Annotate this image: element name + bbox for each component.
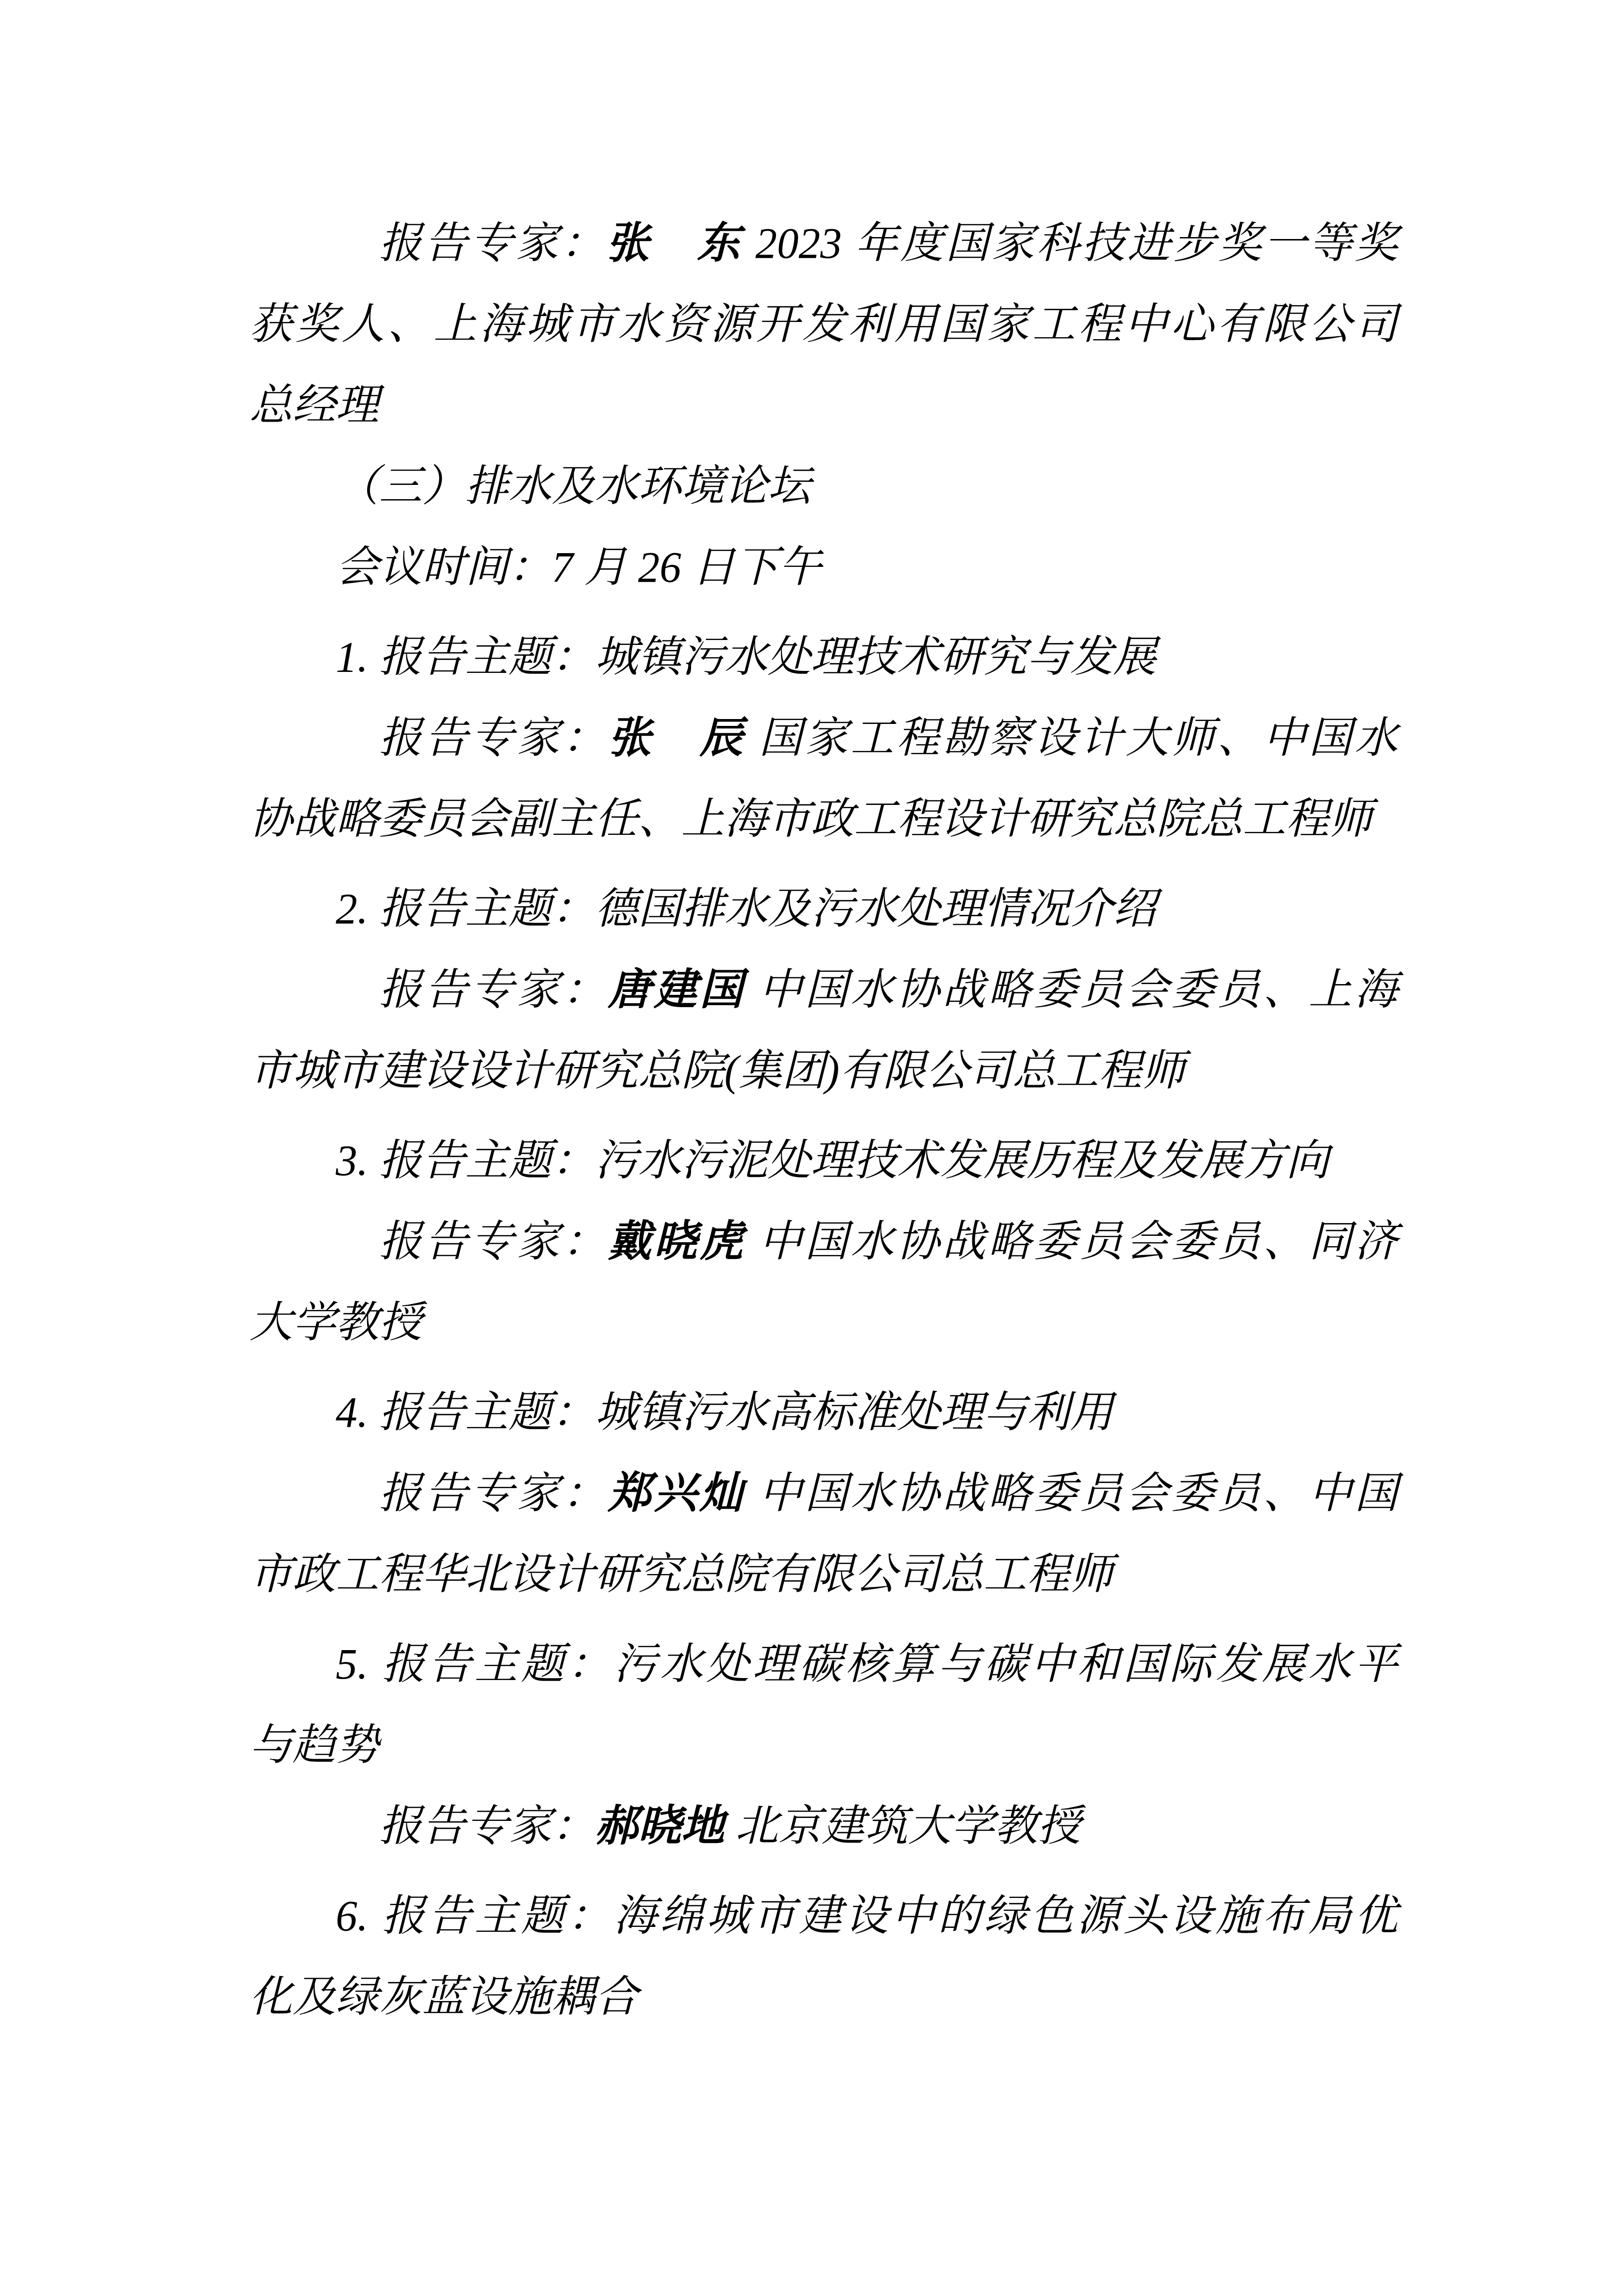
speaker-line: 报告专家：张 辰 国家工程勘察设计大师、中国水 <box>249 698 1398 779</box>
topic-line: 1. 报告主题：城镇污水处理技术研究与发展 <box>249 617 1398 698</box>
document-body: 报告专家：张 东 2023 年度国家科技进步奖一等奖获奖人、上海城市水资源开发利… <box>249 203 1398 2038</box>
topic-line: 4. 报告主题：城镇污水高标准处理与利用 <box>249 1372 1398 1453</box>
topic-line: 5. 报告主题：污水处理碳核算与碳中和国际发展水平 <box>249 1624 1398 1705</box>
text-run: 中国水协战略委员会委员、同济 <box>745 1218 1398 1266</box>
text-run: 会议时间：7 月 26 日下午 <box>336 544 822 591</box>
speaker-name: 张 东 <box>606 220 743 267</box>
text-run: 中国水协战略委员会委员、中国 <box>745 1470 1398 1518</box>
text-run: 报告专家： <box>379 715 608 762</box>
continuation-line: 市政工程华北设计研究总院有限公司总工程师 <box>249 1534 1398 1615</box>
speaker-name: 张 辰 <box>608 715 745 762</box>
continuation-line: 获奖人、上海城市水资源开发利用国家工程中心有限公司 <box>249 284 1398 365</box>
text-run: 化及绿灰蓝设施耦合 <box>249 1974 638 2021</box>
text-run: 大学教授 <box>249 1299 422 1347</box>
topic-line: 3. 报告主题：污水污泥处理技术发展历程及发展方向 <box>249 1121 1398 1201</box>
speaker-name: 郝晓地 <box>595 1803 724 1850</box>
text-run: 报告专家： <box>379 966 608 1014</box>
text-run: 市城市建设设计研究总院(集团)有限公司总工程师 <box>249 1047 1185 1095</box>
speaker-name: 郑兴灿 <box>608 1470 745 1518</box>
continuation-line: 与趋势 <box>249 1705 1398 1786</box>
text-run: 报告专家： <box>379 1470 608 1518</box>
text-run: 5. 报告主题：污水处理碳核算与碳中和国际发展水平 <box>336 1641 1398 1688</box>
text-run: 北京建筑大学教授 <box>724 1803 1081 1850</box>
speaker-name: 戴晓虎 <box>608 1218 745 1266</box>
speaker-line: 报告专家：戴晓虎 中国水协战略委员会委员、同济 <box>249 1201 1398 1282</box>
text-run: 协战略委员会副主任、上海市政工程设计研究总院总工程师 <box>249 796 1372 843</box>
text-run: 国家工程勘察设计大师、中国水 <box>745 715 1398 762</box>
continuation-line: 总经理 <box>249 365 1398 446</box>
text-run: 1. 报告主题：城镇污水处理技术研究与发展 <box>336 634 1156 681</box>
text-run: 市政工程华北设计研究总院有限公司总工程师 <box>249 1551 1113 1599</box>
continuation-line: 大学教授 <box>249 1282 1398 1363</box>
text-run: 4. 报告主题：城镇污水高标准处理与利用 <box>336 1389 1113 1437</box>
section-heading: （三）排水及水环境论坛 <box>249 446 1398 527</box>
text-run: 获奖人、上海城市水资源开发利用国家工程中心有限公司 <box>249 301 1398 348</box>
text-run: 2023 年度国家科技进步奖一等奖 <box>743 220 1398 267</box>
text-run: （三）排水及水环境论坛 <box>336 463 811 510</box>
text-run: 报告专家： <box>379 220 606 267</box>
text-run: 6. 报告主题：海绵城市建设中的绿色源头设施布局优 <box>336 1893 1398 1940</box>
speaker-line: 报告专家：唐建国 中国水协战略委员会委员、上海 <box>249 950 1398 1031</box>
speaker-name: 唐建国 <box>608 966 745 1014</box>
speaker-line: 报告专家：郝晓地 北京建筑大学教授 <box>249 1786 1398 1867</box>
text-run: 3. 报告主题：污水污泥处理技术发展历程及发展方向 <box>336 1137 1329 1185</box>
speaker-line: 报告专家：郑兴灿 中国水协战略委员会委员、中国 <box>249 1453 1398 1534</box>
topic-line: 6. 报告主题：海绵城市建设中的绿色源头设施布局优 <box>249 1876 1398 1957</box>
continuation-line: 市城市建设设计研究总院(集团)有限公司总工程师 <box>249 1031 1398 1112</box>
text-run: 总经理 <box>249 382 379 429</box>
text-run: 报告专家： <box>379 1803 595 1850</box>
text-run: 报告专家： <box>379 1218 608 1266</box>
continuation-line: 协战略委员会副主任、上海市政工程设计研究总院总工程师 <box>249 779 1398 860</box>
text-run: 与趋势 <box>249 1722 379 1769</box>
text-run: 中国水协战略委员会委员、上海 <box>745 966 1398 1014</box>
speaker-line: 报告专家：张 东 2023 年度国家科技进步奖一等奖 <box>249 203 1398 284</box>
continuation-line: 化及绿灰蓝设施耦合 <box>249 1957 1398 2038</box>
meeting-time-line: 会议时间：7 月 26 日下午 <box>249 527 1398 608</box>
text-run: 2. 报告主题：德国排水及污水处理情况介绍 <box>336 885 1156 933</box>
topic-line: 2. 报告主题：德国排水及污水处理情况介绍 <box>249 869 1398 950</box>
document-page: 报告专家：张 东 2023 年度国家科技进步奖一等奖获奖人、上海城市水资源开发利… <box>0 0 1623 2296</box>
